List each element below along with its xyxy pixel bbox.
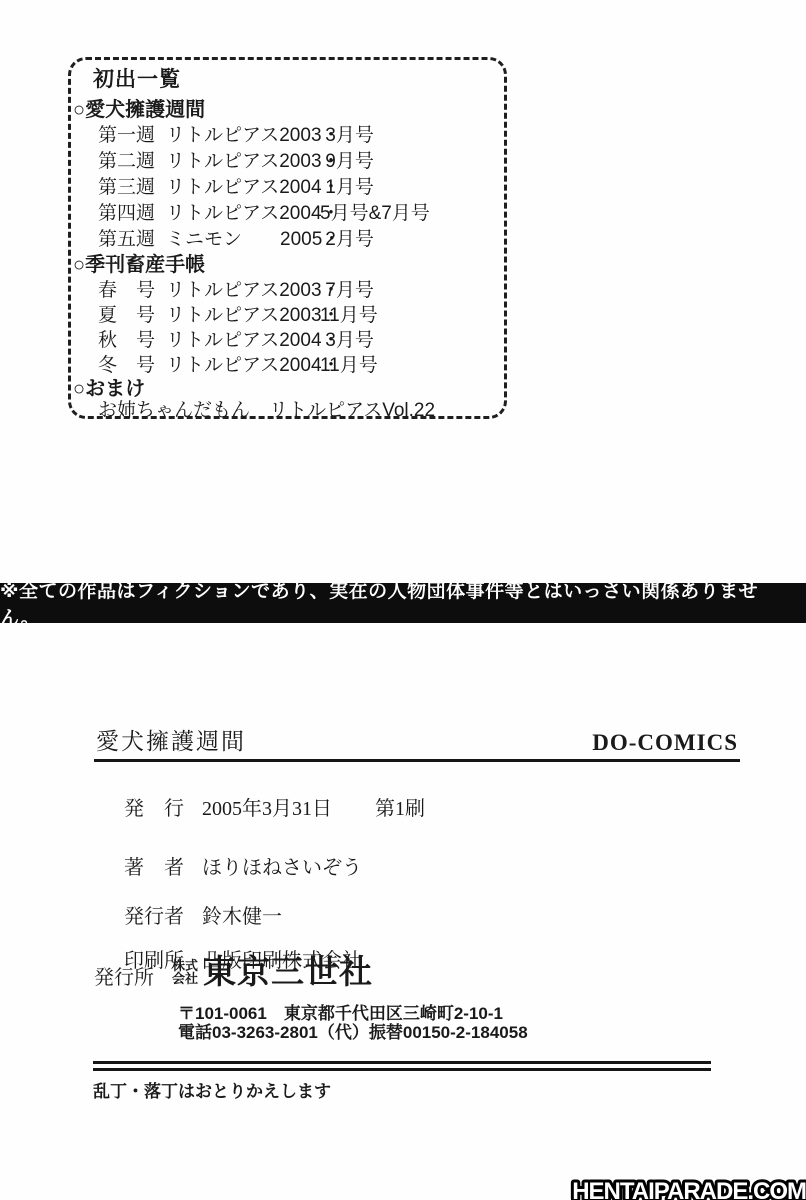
book-title: 愛犬擁護週間 (96, 723, 246, 756)
row-label: 発 行 (124, 792, 202, 821)
issue-label: 7月号 (320, 278, 374, 303)
magazine-label: リトルピアス2003・ (166, 149, 320, 175)
fiction-disclaimer-banner: ※全ての作品はフィクションであり、実在の人物団体事件等とはいっさい関係ありません… (0, 583, 806, 623)
issue-label: 2月号 (320, 227, 374, 253)
season-label: 春 号 (98, 278, 166, 303)
section-quarterly: ○季刊畜産手帳 春 号 リトルピアス2003・ 7月号 夏 号 リトルピアス20… (71, 253, 504, 378)
row-label: 著 者 (124, 851, 202, 880)
postal-address: 〒101-0061 東京都千代田区三崎町2-10-1 (178, 1004, 528, 1023)
first-publication-box: 初出一覧 ○愛犬擁護週間 第一週 リトルピアス2003・ 3月号 第二週 リトル… (68, 57, 507, 419)
colophon-block: 愛犬擁護週間 DO-COMICS 発 行2005年3月31日第1刷 著 者ほりほ… (94, 726, 740, 1048)
publication-row: 夏 号 リトルピアス2003・ 11月号 (98, 303, 504, 328)
week-label: 第二週 (98, 149, 166, 175)
company-prefix: 株式会社 (172, 954, 200, 985)
season-label: 秋 号 (98, 328, 166, 353)
first-publication-title: 初出一覧 (93, 66, 504, 94)
publication-row: 第三週 リトルピアス2004・ 1月号 (98, 175, 504, 201)
publication-row: 春 号 リトルピアス2003・ 7月号 (98, 278, 504, 303)
issue-label: 11月号 (320, 353, 378, 378)
watermark-text: HENTAIPARADE.COM (572, 1178, 806, 1200)
section-omake: ○おまけ お姉ちゃんだもん リトルピアスVol.22 (71, 378, 504, 421)
publication-row: 第四週 リトルピアス2004・ 5月号&7月号 (98, 201, 504, 227)
magazine-label: リトルピアス2004・ (166, 201, 320, 227)
publication-row: 第一週 リトルピアス2003・ 3月号 (98, 123, 504, 149)
publisher-address-block: 〒101-0061 東京都千代田区三崎町2-10-1 電話03-3263-280… (178, 1004, 528, 1042)
magazine-label: リトルピアス2003・ (166, 123, 320, 149)
publication-row: 第五週 ミニモン 2005・ 2月号 (98, 227, 504, 253)
disclaimer-text: ※全ての作品はフィクションであり、実在の人物団体事件等とはいっさい関係ありません… (0, 576, 780, 630)
colophon-row-publishing-house: 発行所 株式会社 東京三世社 (94, 954, 373, 990)
imprint-label: DO-COMICS (592, 730, 738, 756)
issue-label: 1月号 (320, 175, 374, 201)
season-label: 夏 号 (98, 303, 166, 328)
colophon-header: 愛犬擁護週間 DO-COMICS (94, 726, 740, 762)
section-header: ○愛犬擁護週間 (73, 98, 504, 123)
publication-row: 冬 号 リトルピアス2004・ 11月号 (98, 353, 504, 378)
magazine-label: ミニモン 2005・ (166, 227, 320, 253)
omake-note: お姉ちゃんだもん リトルピアスVol.22 (98, 400, 504, 421)
issue-label: 9月号 (320, 149, 374, 175)
double-rule-divider (93, 1061, 711, 1071)
issue-label: 11月号 (320, 303, 378, 328)
site-watermark-logo: HENTAIPARADE.COM (568, 1173, 806, 1200)
magazine-label: リトルピアス2004・ (166, 175, 320, 201)
week-label: 第一週 (98, 123, 166, 149)
issue-label: 3月号 (320, 328, 374, 353)
week-label: 第五週 (98, 227, 166, 253)
publication-date: 2005年3月31日 (202, 798, 332, 820)
section-aiken-week: ○愛犬擁護週間 第一週 リトルピアス2003・ 3月号 第二週 リトルピアス20… (71, 98, 504, 253)
publication-row: 第二週 リトルピアス2003・ 9月号 (98, 149, 504, 175)
week-label: 第三週 (98, 175, 166, 201)
return-notice: 乱丁・落丁はおとりかえします (93, 1077, 331, 1102)
row-label: 発行所 (94, 954, 172, 990)
issue-label: 3月号 (320, 123, 374, 149)
magazine-label: リトルピアス2004・ (166, 353, 320, 378)
week-label: 第四週 (98, 201, 166, 227)
phone-line: 電話03-3263-2801（代）振替00150-2-184058 (178, 1023, 528, 1042)
publication-row: 秋 号 リトルピアス2004・ 3月号 (98, 328, 504, 353)
magazine-label: リトルピアス2004・ (166, 328, 320, 353)
section-header: ○おまけ (73, 378, 504, 400)
season-label: 冬 号 (98, 353, 166, 378)
issue-label: 5月号&7月号 (320, 201, 430, 227)
author-name: ほりほねさいぞう (202, 857, 362, 879)
company-name: 東京三世社 (203, 954, 373, 990)
magazine-label: リトルピアス2003・ (166, 278, 320, 303)
colophon-page: 初出一覧 ○愛犬擁護週間 第一週 リトルピアス2003・ 3月号 第二週 リトル… (0, 0, 806, 1200)
printing-number: 第1刷 (375, 798, 425, 820)
section-header: ○季刊畜産手帳 (73, 253, 504, 278)
magazine-label: リトルピアス2003・ (166, 303, 320, 328)
